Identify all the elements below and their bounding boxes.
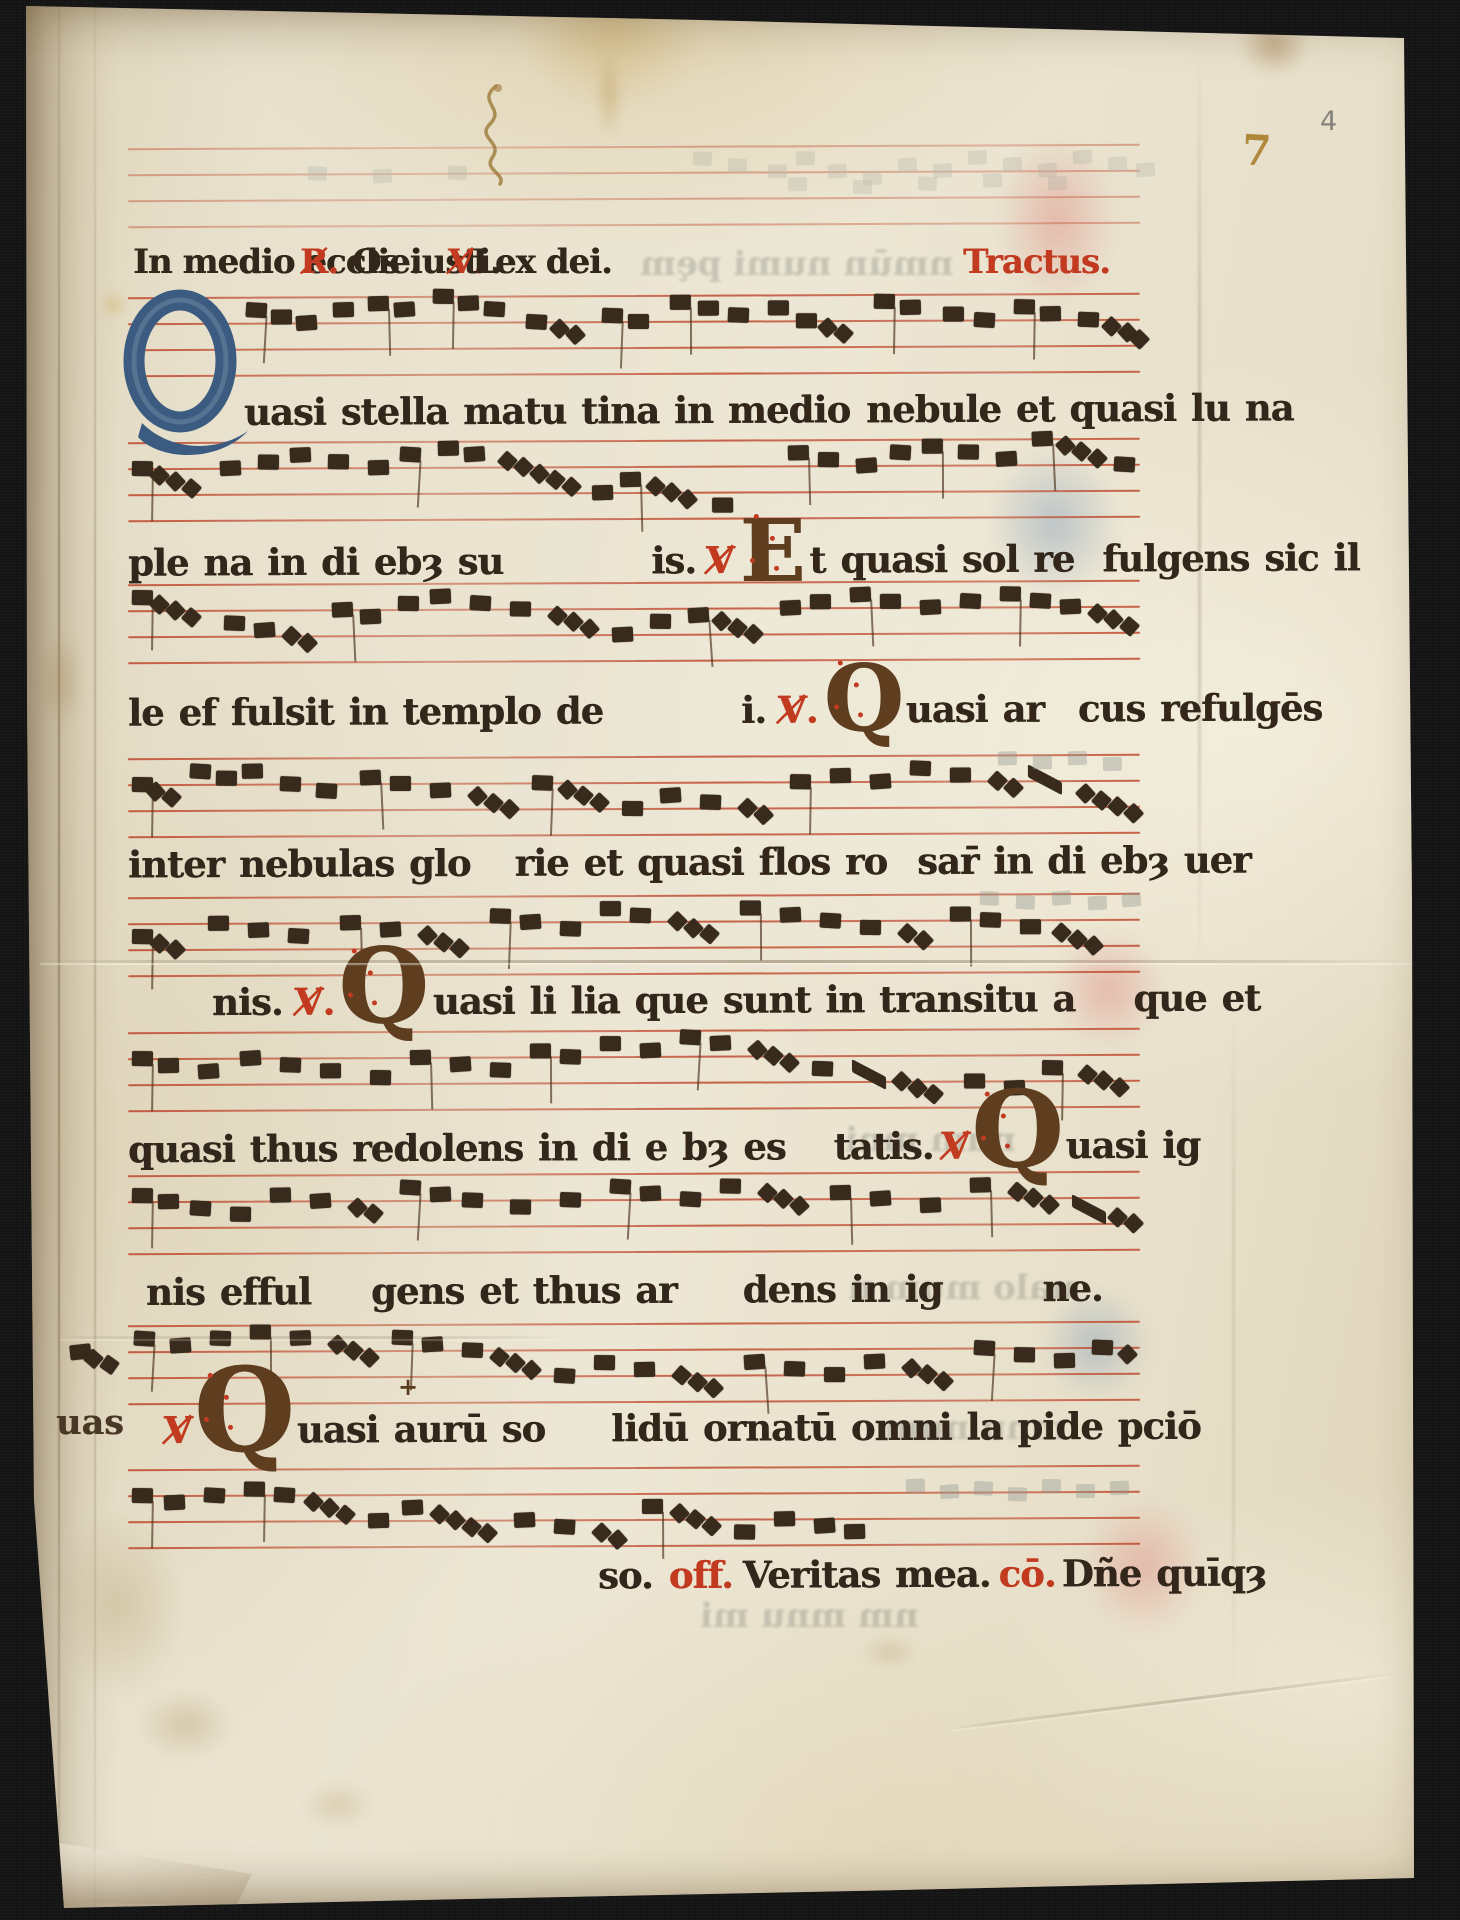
- neume-square: [628, 314, 649, 329]
- neume-square: [190, 1200, 212, 1216]
- neume-square: [295, 315, 317, 331]
- neume-square: [1040, 305, 1061, 321]
- staff-line: [128, 464, 1140, 471]
- neume-square: [844, 1524, 865, 1540]
- neume-square: [720, 1178, 741, 1193]
- ghost-neume: [974, 1481, 994, 1496]
- neume-square: [1029, 592, 1051, 608]
- cadel-red-dot: [834, 705, 839, 710]
- ghost-neume: [906, 1478, 926, 1493]
- neume-square: [368, 295, 389, 311]
- neume-square: [920, 1197, 942, 1213]
- chant-text: uasi ar: [906, 687, 1044, 732]
- chant-text: nis efful: [146, 1269, 311, 1314]
- neume-square: [810, 594, 831, 609]
- neume-square: [258, 454, 279, 469]
- ghost-neume: [897, 157, 917, 172]
- ghost-neume: [728, 158, 748, 173]
- neume-square: [469, 595, 491, 611]
- neume-square: [328, 454, 349, 469]
- neume-square: [132, 1051, 153, 1066]
- neume-square: [271, 309, 292, 324]
- staff-line: [128, 196, 1140, 203]
- neume-square: [679, 1029, 701, 1045]
- ghost-neume: [853, 179, 872, 193]
- ghost-neume: [980, 891, 1000, 906]
- neume-square: [640, 1185, 662, 1201]
- cadel-red-dot: [981, 1136, 986, 1141]
- ghost-neume: [1051, 891, 1071, 906]
- neume-square: [796, 313, 817, 328]
- versicle-mark: V̸.: [295, 980, 335, 1024]
- neume-square: [922, 438, 943, 453]
- crease: [40, 960, 1410, 963]
- chant-text: so.: [598, 1553, 653, 1597]
- cadel-red-dot: [985, 1092, 990, 1097]
- neume-square: [230, 1207, 251, 1222]
- chant-text: rie et quasi flos ro: [514, 839, 887, 885]
- neume-square: [980, 912, 1002, 928]
- neume-square: [430, 588, 452, 604]
- neume-square: [560, 1049, 582, 1065]
- photograph-background: nmūn numi pęmnum mniualo mum nmnu numnm …: [0, 0, 1460, 1920]
- neume-square: [670, 294, 691, 309]
- neume-square: [208, 916, 229, 931]
- stain: [596, 50, 622, 140]
- chant-text: tatis.: [833, 1124, 933, 1168]
- staff-line: [128, 371, 1140, 378]
- neume-square: [402, 1499, 424, 1515]
- cadel-red-dot: [837, 660, 842, 665]
- neume-square: [950, 767, 971, 782]
- cadel-red-dot: [207, 1373, 212, 1378]
- illuminated-initial-Q: [120, 289, 252, 471]
- neume-square: [198, 1063, 220, 1079]
- ghost-neume: [1048, 176, 1067, 190]
- staff-line: [128, 1223, 1140, 1230]
- chant-text: nebule et quasi lu na: [866, 385, 1294, 431]
- neume-square: [710, 1035, 732, 1051]
- neume-square: [850, 587, 872, 603]
- ghost-neume: [1033, 755, 1052, 769]
- neume-square: [1014, 299, 1035, 314]
- ghost-neume: [768, 164, 787, 178]
- neume-square: [430, 782, 452, 798]
- neume-square: [680, 1191, 702, 1207]
- chant-text: t quasi sol re: [809, 537, 1074, 582]
- chant-text-line: uasi stella matu tina in medionebule et …: [128, 385, 1294, 434]
- crease: [1232, 1000, 1235, 1700]
- neume-square: [602, 307, 624, 323]
- neume-square: [316, 782, 338, 798]
- neume-square: [360, 769, 382, 785]
- chant-text: fulgens sic il: [1102, 535, 1360, 580]
- neume-square: [490, 908, 512, 924]
- ghost-neume: [693, 151, 713, 166]
- neume-square: [398, 595, 419, 610]
- ghost-neume: [1103, 757, 1122, 771]
- neume-square: [634, 1361, 655, 1377]
- chant-text: uasi li lia que sunt in transitu a: [433, 976, 1076, 1023]
- neume-square: [239, 1050, 261, 1066]
- cadel-red-dot: [1001, 1114, 1006, 1119]
- ghost-neume: [796, 151, 815, 165]
- music-staff: [128, 438, 1140, 522]
- neume-square: [158, 1194, 179, 1210]
- neume-square: [399, 446, 421, 462]
- music-staff: [128, 144, 1140, 228]
- neume-square: [974, 1340, 996, 1356]
- ghost-neume: [1121, 892, 1141, 907]
- chant-text: uasi stella matu tina in medio: [244, 387, 850, 434]
- neume-square: [554, 1518, 576, 1534]
- ghost-neume: [1107, 156, 1127, 171]
- neume-square: [532, 775, 554, 791]
- neume-square: [274, 1487, 296, 1503]
- versicle-mark: off.: [669, 1553, 733, 1597]
- neume-square: [1014, 1347, 1035, 1362]
- ghost-neume: [1042, 1479, 1061, 1493]
- neume-square: [650, 614, 671, 629]
- versicle-mark: V̸: [706, 538, 734, 582]
- neume-square: [612, 627, 634, 643]
- neume-square: [332, 602, 354, 618]
- cadel-red-dot: [774, 566, 779, 571]
- staff-line: [128, 606, 1140, 613]
- neume-square: [370, 1069, 391, 1084]
- chant-text-line: le ef fulsit in templo dei.V̸.Quasi arcu…: [128, 685, 1322, 734]
- staff-line: [128, 1517, 1140, 1524]
- rubric-red-text: R̸.: [300, 242, 338, 282]
- neume-square: [462, 1342, 484, 1358]
- chant-text: ple na in di ebȝ su: [128, 539, 503, 585]
- ghost-neume: [1088, 896, 1108, 911]
- ghost-neume: [998, 751, 1017, 765]
- neume-square: [995, 450, 1017, 466]
- neume-square: [855, 457, 877, 473]
- neume-square: [320, 1063, 341, 1078]
- neume-square: [869, 1190, 891, 1206]
- neume-square: [740, 900, 761, 915]
- ghost-neume: [1068, 751, 1087, 765]
- staff-line: [128, 144, 1140, 151]
- cadel-red-dot: [372, 1000, 377, 1005]
- chant-text: uasi ig: [1065, 1123, 1200, 1168]
- ghost-neume: [983, 173, 1003, 188]
- neume-square: [458, 295, 480, 311]
- cadel-red-dot: [853, 682, 858, 687]
- neume-square: [514, 1512, 536, 1528]
- cadel-red-dot: [754, 514, 759, 519]
- neume-square: [630, 907, 652, 923]
- neume-square: [270, 1187, 291, 1203]
- neume-square: [869, 773, 891, 789]
- neume-square: [242, 763, 263, 779]
- crease: [1198, 50, 1201, 970]
- neume-ligature: [852, 1059, 886, 1090]
- neume-square: [687, 607, 709, 623]
- neume-square: [1020, 919, 1041, 934]
- chant-text-line: V̸Quasi aurū solidū ornatū omni la pide …: [128, 1404, 1201, 1453]
- neume-square: [280, 776, 302, 792]
- staff-line: [128, 1543, 1140, 1550]
- staff-line: [128, 490, 1140, 497]
- staff-line: [128, 345, 1140, 352]
- ghost-neume: [788, 177, 807, 191]
- stain: [36, 630, 86, 730]
- stain: [300, 1780, 375, 1830]
- ghost-neume: [1072, 149, 1092, 164]
- neume-square: [438, 440, 459, 456]
- staff-line: [128, 658, 1140, 665]
- neume-square: [204, 1487, 226, 1503]
- cadel-red-dot: [204, 1417, 209, 1422]
- ghost-neume: [1008, 1487, 1028, 1502]
- neume-square: [399, 1179, 421, 1195]
- neume-square: [780, 906, 802, 922]
- neume-square: [390, 776, 411, 791]
- cadel-red-dot: [1005, 1143, 1010, 1148]
- ghost-neume: [308, 166, 328, 181]
- neume-square: [463, 446, 485, 462]
- neume-square: [889, 444, 911, 460]
- neume-square: [600, 1036, 621, 1051]
- neume-square: [224, 615, 246, 631]
- neume-square: [640, 1042, 662, 1058]
- rubric-text: Lex dei.: [472, 242, 612, 282]
- neume-square: [592, 485, 613, 501]
- crease: [951, 1673, 1388, 1730]
- pencil-foliation: 4: [1320, 106, 1337, 137]
- versicle-mark: V̸.: [778, 688, 818, 732]
- neume-square: [526, 314, 548, 330]
- neume-square: [594, 1355, 615, 1370]
- neume-square: [860, 919, 881, 934]
- ghost-neume: [1002, 156, 1022, 171]
- neume-square: [1078, 312, 1100, 328]
- neume-square: [216, 770, 237, 785]
- neume-square: [1000, 586, 1021, 601]
- neume-square: [510, 1199, 531, 1214]
- neume-square: [864, 1353, 886, 1369]
- neume-square: [1054, 1353, 1075, 1369]
- neume-square: [620, 472, 641, 488]
- ghost-neume: [932, 163, 952, 178]
- chant-text: inter nebulas glo: [128, 841, 471, 886]
- neume-square: [490, 1062, 512, 1078]
- neume-square: [132, 1187, 153, 1202]
- neume-square: [244, 1481, 265, 1496]
- neume-square: [393, 301, 415, 317]
- neume-square: [698, 301, 719, 316]
- neume-square: [660, 787, 682, 803]
- music-staff: [128, 893, 1140, 977]
- versicle-mark: V̸: [164, 1408, 192, 1452]
- staff-line: [128, 945, 1140, 952]
- neume-square: [768, 300, 789, 315]
- crease: [60, 1336, 560, 1339]
- staff-line: [128, 438, 1140, 445]
- cadel-red-dot: [348, 992, 353, 997]
- neume-square: [744, 1354, 766, 1370]
- manuscript-page: nmūn numi pęmnum mniualo mum nmnu numnm …: [0, 0, 1460, 1920]
- margin-catchword: uas: [56, 1402, 124, 1443]
- neume-square: [254, 621, 276, 637]
- folio-number: 7: [1241, 125, 1273, 175]
- cadel-red-dot: [858, 712, 863, 717]
- staff-line: [128, 832, 1140, 839]
- cadel-red-dot: [368, 970, 373, 975]
- neume-square: [510, 601, 531, 616]
- chant-text: nis.: [212, 980, 283, 1024]
- neume-square: [712, 498, 733, 513]
- neume-square: [1114, 456, 1136, 472]
- neume-square: [830, 767, 851, 783]
- illuminated-initial-glyph: [120, 289, 252, 467]
- neume-square: [248, 922, 270, 938]
- neume-square: [818, 451, 839, 466]
- chant-text: is.: [651, 538, 696, 582]
- neume-square: [169, 1337, 191, 1353]
- neume-square: [462, 1192, 484, 1208]
- staff-line: [128, 1028, 1140, 1035]
- chant-text: i.: [741, 688, 766, 732]
- chant-text: Dñe quīqȝ: [1062, 1551, 1267, 1596]
- neume-square: [830, 1184, 851, 1200]
- neume-square: [874, 293, 895, 308]
- neume-square: [560, 1192, 582, 1208]
- cadel-red-dot: [352, 948, 357, 953]
- neume-square: [1060, 599, 1082, 615]
- chant-text: que et: [1133, 976, 1260, 1021]
- chant-text: lidū ornatū omni la pide pciō: [611, 1404, 1201, 1451]
- ghost-neume: [373, 168, 393, 183]
- chant-text-line: so.off.Veritas mea.cō.Dñe quīqȝ: [128, 1551, 1266, 1600]
- staff-line: [128, 754, 1140, 761]
- ghost-neume: [967, 150, 987, 165]
- neume-square: [910, 760, 932, 776]
- chant-text: le ef fulsit in templo de: [128, 689, 603, 735]
- staff-line: [128, 1249, 1140, 1256]
- chant-text: Veritas mea.: [743, 1552, 991, 1597]
- staff-line: [128, 293, 1140, 300]
- rubric-line: In medio ecclie.R̸.Os iusti.V̸.Lex dei.T…: [0, 242, 1460, 292]
- neume-square: [622, 801, 643, 816]
- cadel-red-dot: [770, 536, 775, 541]
- neume-square: [530, 1043, 551, 1058]
- neume-square: [950, 906, 971, 921]
- neume-square: [734, 1524, 755, 1539]
- neume-square: [920, 599, 942, 615]
- chant-text-line: inter nebulas glorie et quasi flos rosar…: [128, 838, 1251, 887]
- staff-line: [128, 222, 1140, 229]
- neume-square: [368, 460, 389, 476]
- staff-line: [128, 632, 1140, 639]
- neume-square: [519, 914, 541, 930]
- chant-text: dens in ig: [743, 1267, 943, 1312]
- stain: [138, 1690, 233, 1760]
- neume-square: [812, 1061, 834, 1077]
- neume-square: [609, 1178, 631, 1194]
- staff-line: [128, 1321, 1140, 1328]
- chant-text-line: nis.V̸.Quasi li lia que sunt in transitu…: [128, 976, 1260, 1025]
- neume-square: [1031, 431, 1053, 447]
- neume-square: [880, 593, 901, 608]
- cadel-red-dot: [224, 1395, 229, 1400]
- neume-square: [774, 1511, 795, 1527]
- neume-square: [410, 1050, 431, 1066]
- neume-square: [824, 1367, 845, 1382]
- rubric-red-text: Tractus.: [963, 242, 1110, 282]
- music-staff: [128, 293, 1140, 377]
- neume-square: [900, 300, 921, 316]
- neume-square: [430, 1186, 452, 1202]
- neume-square: [784, 1360, 806, 1376]
- neume-square: [788, 445, 809, 461]
- neume-square: [483, 301, 505, 317]
- neume-square: [560, 920, 582, 936]
- chant-text: ne.: [1042, 1266, 1103, 1310]
- neume-square: [288, 928, 310, 944]
- ghost-neume: [827, 163, 847, 178]
- neume-square: [1092, 1340, 1114, 1356]
- versicle-mark: V̸: [941, 1124, 969, 1168]
- ghost-neume: [448, 165, 468, 180]
- neume-square: [290, 447, 312, 463]
- neume-square: [600, 901, 621, 916]
- neume-square: [728, 307, 750, 323]
- neume-square: [780, 600, 802, 616]
- neume-square: [958, 444, 979, 459]
- neume-square: [814, 1517, 836, 1533]
- neume-square: [368, 1513, 389, 1529]
- show-through-text: nm mnu mi: [700, 1596, 919, 1636]
- cadel-red-dot: [228, 1425, 233, 1430]
- neume-square: [449, 1056, 471, 1072]
- neume-square: [790, 774, 811, 789]
- neume-square: [974, 312, 996, 328]
- ghost-neume: [918, 176, 938, 191]
- neume-square: [309, 1193, 331, 1209]
- chant-text-line: nis effulgens et thus ardens in igne.: [128, 1266, 1103, 1314]
- music-staff: [128, 754, 1140, 838]
- neume-square: [158, 1057, 179, 1073]
- versicle-mark: cō.: [998, 1551, 1055, 1595]
- cadel-red-dot: [750, 558, 755, 563]
- chant-text: gens et thus ar: [371, 1268, 677, 1313]
- scribal-cross-mark: +: [398, 1372, 418, 1401]
- stain: [1238, 14, 1310, 76]
- stain: [862, 1636, 917, 1668]
- neume-square: [820, 913, 842, 929]
- ghost-neume: [1015, 895, 1035, 910]
- ghost-neume: [939, 1484, 959, 1499]
- chant-text: quasi thus redolens in di e bȝ es: [128, 1124, 786, 1171]
- neume-square: [554, 1368, 576, 1384]
- ghost-neume: [1135, 162, 1155, 177]
- neume-square: [959, 592, 981, 608]
- neume-square: [164, 1494, 186, 1510]
- neume-square: [360, 608, 382, 624]
- neume-square: [280, 1057, 302, 1073]
- chant-text-line: ple na in di ebȝ suis.V̸Et quasi sol ref…: [128, 535, 1360, 584]
- neume-square: [642, 1499, 663, 1514]
- neume-square: [700, 794, 722, 810]
- neume-square: [943, 306, 964, 321]
- neume-square: [333, 302, 354, 318]
- chant-text: uasi aurū so: [297, 1407, 546, 1452]
- music-staff: [128, 580, 1140, 664]
